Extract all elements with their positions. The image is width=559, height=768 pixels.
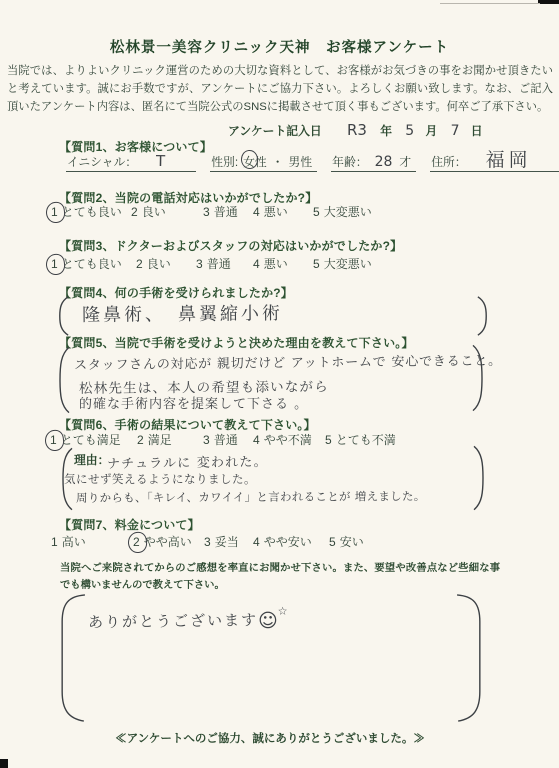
q2-option-3: 3普通	[203, 203, 238, 220]
q7-option-5: 5安い	[329, 533, 364, 550]
scanner-artifact-bottom-left	[0, 759, 8, 768]
q3-option-5-number: 5	[313, 257, 320, 271]
q6-reason-line-2: 気にせず笑えるようになりました。	[64, 471, 256, 487]
bracket-right-icon	[476, 296, 489, 336]
q7-option-4-label: やや安い	[264, 535, 312, 549]
initial-value: T	[142, 152, 191, 171]
q6-option-5: 5とても不満	[325, 431, 396, 448]
q4-answer-handwriting: 隆鼻術、 鼻翼縮小術	[82, 299, 283, 327]
q6-option-5-number: 5	[325, 433, 332, 447]
bracket-left-icon	[60, 593, 86, 723]
question-2-options-row: 1とても良い 2良い 3普通 4悪い 5大変悪い	[0, 203, 559, 221]
smiley-face-icon: ☺	[258, 610, 278, 632]
date-label: アンケート記入日	[228, 124, 322, 138]
q6-option-2-number: 2	[137, 433, 144, 447]
q2-option-2: 2良い	[131, 203, 166, 220]
gender-separator: ・	[272, 153, 284, 170]
question-3-header: 【質問3、ドクターおよびスタッフの対応はいかがでしたか?】	[59, 237, 402, 254]
q7-option-5-label: 安い	[340, 535, 364, 549]
q6-option-2-label: 満足	[148, 433, 172, 447]
q3-option-3-number: 3	[196, 257, 203, 271]
date-row: アンケート記入日 R3 年 5 月 7 日	[228, 121, 483, 139]
q3-option-2-number: 2	[136, 257, 143, 271]
q2-option-5: 5大変悪い	[313, 203, 372, 220]
q2-option-2-number: 2	[131, 205, 138, 219]
page-title: 松林景一美容クリニック天神 お客様アンケート	[0, 36, 559, 57]
bracket-right-icon	[472, 445, 486, 511]
q3-option-2-label: 良い	[147, 257, 171, 271]
q6-option-3: 3普通	[203, 431, 238, 448]
q2-option-3-number: 3	[203, 205, 210, 219]
initial-label: イニシャル：	[67, 153, 137, 170]
q2-option-5-label: 大変悪い	[324, 205, 372, 219]
q7-option-3-number: 3	[204, 535, 211, 549]
q7-option-5-number: 5	[329, 535, 336, 549]
q5-answer-line-3: 的確な手術内容を提案して下さる 。	[79, 393, 308, 412]
q6-option-2: 2満足	[137, 431, 172, 448]
question-7-header: 【質問7、料金について】	[59, 516, 200, 533]
bracket-right-icon	[456, 593, 482, 723]
q3-option-5: 5大変悪い	[313, 255, 372, 272]
q6-option-4-label: やや不満	[264, 433, 312, 447]
q3-option-4-number: 4	[253, 257, 260, 271]
q2-option-1: 1とても良い	[51, 203, 122, 220]
comment-answer-handwriting: ありがとうございます☺☆	[88, 605, 288, 635]
age-label: 年齢：	[332, 153, 367, 170]
date-day-unit: 日	[471, 124, 483, 138]
q6-option-1: 1とても満足	[50, 431, 121, 448]
footer-thanks: ≪アンケートへのご協力、誠にありがとうございました。≫	[10, 730, 530, 746]
gender-option-male: 男性	[289, 153, 313, 170]
q7-option-4-number: 4	[253, 535, 260, 549]
q7-option-2-label: やや高い	[144, 535, 192, 549]
date-year-unit: 年	[380, 124, 392, 138]
q2-option-4: 4悪い	[253, 203, 288, 220]
q6-option-1-number: 1	[50, 433, 57, 447]
question-7-options-row: 1高い 2やや高い 3妥当 4やや安い 5安い	[0, 533, 559, 551]
q3-option-3-label: 普通	[207, 257, 231, 271]
q6-reason-line-3: 周りからも、「キレイ、カワイイ」と言われることが 増えました。	[76, 488, 426, 506]
q3-option-4: 4悪い	[253, 255, 288, 272]
q2-option-4-label: 悪い	[264, 205, 288, 219]
date-year-value: R3	[347, 121, 367, 139]
q7-option-1: 1高い	[51, 533, 86, 550]
q6-reason-label: 理由：	[74, 451, 109, 468]
bracket-left-icon	[57, 346, 71, 414]
q6-option-5-label: とても不満	[336, 433, 396, 447]
address-field: 住所：福岡都道府県	[430, 150, 559, 172]
comment-prompt: 当院へご来院されてからのご感想を率直にお聞かせ下さい。また、要望や改善点など些細…	[60, 561, 500, 594]
q2-option-5-number: 5	[313, 205, 320, 219]
age-value: 28	[373, 154, 395, 170]
q7-option-2-number: 2	[133, 535, 140, 549]
q6-option-4-number: 4	[253, 433, 260, 447]
q6-reason-line-1: ナチュラルに 変われた。	[107, 451, 268, 472]
q2-option-1-label: とても良い	[62, 205, 122, 219]
scanner-artifact-top-line	[440, 3, 540, 4]
date-month-value: 5	[405, 123, 414, 139]
q5-answer-line-1: スタッフさんの対応が 親切だけど アットホームで 安心できること。	[74, 350, 502, 373]
q3-option-5-label: 大変悪い	[324, 257, 372, 271]
q7-option-4: 4やや安い	[253, 533, 312, 550]
q3-option-1: 1とても良い	[51, 255, 122, 272]
q7-option-1-number: 1	[51, 535, 58, 549]
q3-option-4-label: 悪い	[264, 257, 288, 271]
scanner-artifact-top-right	[538, 0, 559, 4]
q2-option-1-number: 1	[51, 205, 58, 219]
date-month-unit: 月	[426, 124, 438, 138]
q3-option-1-number: 1	[51, 257, 58, 271]
question-1-row: イニシャル：T 性別:女性・男性 年齢：28才 住所：福岡都道府県	[66, 146, 559, 172]
q6-option-1-label: とても満足	[61, 433, 121, 447]
intro-text: 当院では、よりよいクリニック運営のための大切な資料として、お客様がお気づきの事を…	[7, 62, 553, 116]
q3-option-1-label: とても良い	[62, 257, 122, 271]
q7-option-2: 2やや高い	[133, 533, 192, 550]
question-3-options-row: 1とても良い 2良い 3普通 4悪い 5大変悪い	[0, 255, 559, 273]
address-label: 住所：	[431, 153, 466, 170]
address-value: 福岡	[472, 150, 546, 170]
gender-option-female: 女性	[243, 153, 267, 170]
gender-field: 性別:女性・男性	[210, 153, 317, 172]
q2-option-2-label: 良い	[142, 205, 166, 219]
scanned-survey-page: 松林景一美容クリニック天神 お客様アンケート 当院では、よりよいクリニック運営の…	[0, 0, 559, 768]
q7-option-3: 3妥当	[204, 533, 239, 550]
q7-option-3-label: 妥当	[215, 535, 239, 549]
q3-option-2: 2良い	[136, 255, 171, 272]
gender-label: 性別:	[211, 153, 238, 170]
q6-option-3-label: 普通	[214, 433, 238, 447]
q2-option-3-label: 普通	[214, 205, 238, 219]
initial-field: イニシャル：T	[66, 152, 196, 172]
comment-answer-text: ありがとうございます	[88, 611, 258, 631]
age-unit: 才	[399, 153, 411, 170]
q6-option-3-number: 3	[203, 433, 210, 447]
date-day-value: 7	[451, 123, 460, 139]
q2-option-4-number: 4	[253, 205, 260, 219]
sparkle-star-icon: ☆	[278, 605, 288, 618]
bracket-left-icon	[57, 296, 70, 336]
question-5-header: 【質問5、当院で手術を受けようと決めた理由を教えて下さい。】	[59, 334, 414, 351]
q3-option-3: 3普通	[196, 255, 231, 272]
age-field: 年齢：28才	[331, 153, 416, 172]
q7-option-1-label: 高い	[62, 535, 86, 549]
q6-option-4: 4やや不満	[253, 431, 312, 448]
